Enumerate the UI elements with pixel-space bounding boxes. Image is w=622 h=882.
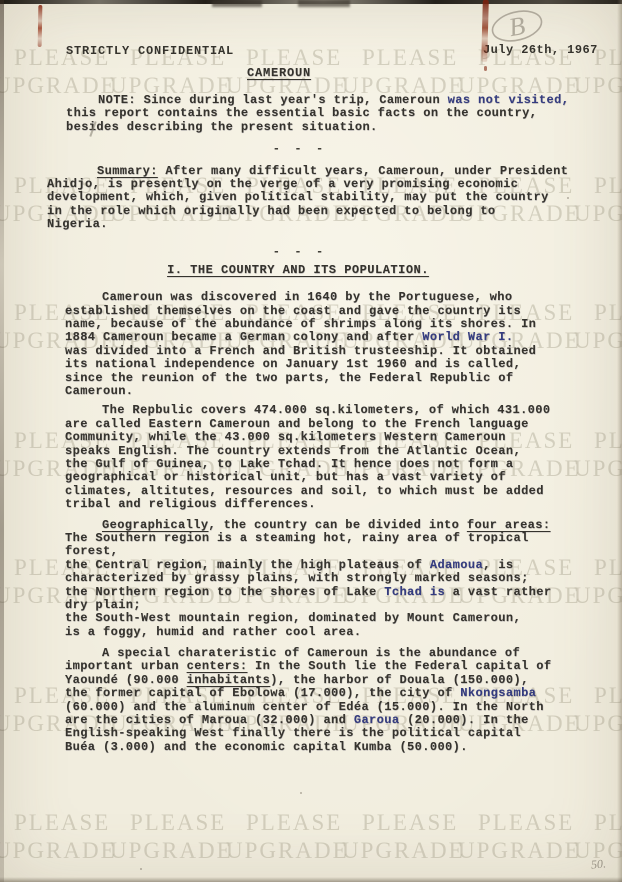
text-line: geographical or historical unit, but has… [65,471,622,484]
text-segment: In the South lie the Federal capital of [247,659,551,673]
document-body: NOTE: Since during last year's trip, Cam… [0,94,622,754]
text-segment: NOTE: Since during last year's trip, Cam… [98,93,448,107]
text-segment: Cameroun was discovered in 1640 by the P… [102,290,512,304]
text-line: are the cities of Maroua (32.000) and Ga… [65,714,622,727]
text-segment: Tchad is [384,585,445,599]
text-segment: dry plain; [65,598,141,612]
text-line: important urban centers: In the South li… [65,660,622,673]
text-line: English-speaking West finally there is t… [65,727,622,740]
text-segment: A special charateristic of Cameroun is t… [102,646,520,660]
text-segment: Community, while the 43.000 sq.kilometer… [65,430,506,444]
text-line: this report contains the essential basic… [66,107,622,120]
text-segment: Buéa (3.000) and the economic capital Ku… [65,740,468,754]
text-segment: was not visited, [448,93,570,107]
paragraph-body: Cameroun was discovered in 1640 by the P… [65,291,622,398]
text-line: since the reunion of the two parts, the … [65,372,622,385]
text-segment: was divided into a French and British tr… [65,344,536,358]
text-line: the Northern region to the shores of Lak… [65,586,622,599]
text-segment: the Gulf of Guinea, to Lake Tchad. It he… [65,457,513,471]
text-segment: (60.000) and the aluminum center of Edéa… [65,700,544,714]
text-line: is a foggy, humid and rather cool area. [65,626,622,639]
text-line: name, because of the abundance of shrimp… [65,318,622,331]
scanned-document-page: PLEASEUPGRADEPLEASEUPGRADEPLEASEUPGRADEP… [0,0,622,882]
text-line: was divided into a French and British tr… [65,345,622,358]
date-label: July 26th, 1967 [483,43,598,57]
text-segment: are the cities of Maroua (32.000) and [65,713,354,727]
text-segment: centers: [187,659,248,673]
text-segment: speaks English. The country extends from… [65,444,521,458]
text-segment: Summary: [97,164,158,178]
paragraph-body: A special charateristic of Cameroun is t… [65,647,622,754]
text-line: development, which, given political stab… [47,191,622,204]
text-segment: the South-West mountain region, dominate… [65,611,521,625]
text-segment: in the role which originally had been ex… [47,204,495,218]
text-line: besides describing the present situation… [66,121,622,134]
text-segment: World War I. [422,330,513,344]
text-line: Nigeria. [47,218,622,231]
paragraph-body: Geographically, the country can be divid… [65,519,622,640]
text-segment: (20.000). In the [399,713,528,727]
text-line: Buéa (3.000) and the economic capital Ku… [65,741,622,754]
paragraph-body: The Repbulic covers 474.000 sq.kilometer… [65,404,622,511]
text-segment: this report contains the essential basic… [66,106,537,120]
text-segment: Adamoua [430,558,483,572]
text-line: tribal and religious differences. [65,498,622,511]
text-segment: 1884 Cameroun became a German colony and… [65,330,422,344]
classification-label: STRICTLY CONFIDENTIAL [66,44,234,58]
text-line: Cameroun was discovered in 1640 by the P… [65,291,622,304]
text-segment: a vast rather [445,585,551,599]
text-segment: climates, altitutes, resources and soil,… [65,484,544,498]
separator-dashes: - - - [0,143,596,156]
text-segment: is a foggy, humid and rather cool area. [65,625,361,639]
text-segment: Nigeria. [47,217,108,231]
text-line: NOTE: Since during last year's trip, Cam… [66,94,622,107]
text-line: characterized by grassy plains, with str… [65,572,622,585]
paragraph-summary: Summary: After many difficult years, Cam… [47,165,622,232]
text-line: Geographically, the country can be divid… [65,519,622,532]
text-line: speaks English. The country extends from… [65,445,622,458]
text-segment: the Central region, mainly the high plat… [65,558,430,572]
text-segment: Yaoundé (90.000 [65,673,187,687]
text-line: Yaoundé (90.000 inhabitants), the harbor… [65,674,622,687]
text-line: dry plain; [65,599,622,612]
text-segment: ), the harbor of Douala (150.000), [270,673,528,687]
text-line: Cameroun. [65,385,622,398]
text-segment: Nkongsamba [460,686,536,700]
text-line: established themselves on the coast and … [65,305,622,318]
text-segment: since the reunion of the two parts, the … [65,371,513,385]
text-segment: tribal and religious differences. [65,497,316,511]
section-heading: I. THE COUNTRY AND ITS POPULATION. [0,264,596,277]
text-line: Summary: After many difficult years, Cam… [47,165,622,178]
separator-dashes: - - - [0,246,596,259]
text-segment: English-speaking West finally there is t… [65,726,521,740]
text-line: the South-West mountain region, dominate… [65,612,622,625]
text-line: its national independence on January 1st… [65,358,622,371]
text-line: The Repbulic covers 474.000 sq.kilometer… [65,404,622,417]
document-title-text: CAMEROUN [247,66,311,80]
text-segment: besides describing the present situation… [66,120,378,134]
text-segment: established themselves on the coast and … [65,304,521,318]
text-segment: name, because of the abundance of shrimp… [65,317,536,331]
text-line: forest, [65,545,622,558]
text-segment: its national independence on January 1st… [65,357,521,371]
text-segment: , the country can be divided into [208,518,466,532]
text-segment: , is [483,558,513,572]
text-line: A special charateristic of Cameroun is t… [65,647,622,660]
document-content: STRICTLY CONFIDENTIAL July 26th, 1967 CA… [0,0,622,882]
text-segment: are called Eastern Cameroun and belong t… [65,417,529,431]
text-segment: The Southern region is a steaming hot, r… [65,531,529,545]
text-segment: The Repbulic covers 474.000 sq.kilometer… [102,403,550,417]
document-title: CAMEROUN [247,66,311,80]
text-line: the Gulf of Guinea, to Lake Tchad. It he… [65,458,622,471]
text-line: are called Eastern Cameroun and belong t… [65,418,622,431]
paragraph-note: NOTE: Since during last year's trip, Cam… [66,94,622,134]
text-segment: four areas: [467,518,551,532]
text-segment: inhabitants [187,673,271,687]
text-segment: development, which, given political stab… [47,190,549,204]
text-segment: Garoua [354,713,400,727]
text-line: Ahidjo, is presently on the verge of a v… [47,178,622,191]
text-line: 1884 Cameroun became a German colony and… [65,331,622,344]
section-heading-text: I. THE COUNTRY AND ITS POPULATION. [167,263,429,277]
text-line: in the role which originally had been ex… [47,205,622,218]
text-segment: the Northern region to the shores of Lak… [65,585,384,599]
text-line: the former capital of Ebolowa (17.000), … [65,687,622,700]
text-segment: the former capital of Ebolowa (17.000), … [65,686,460,700]
text-segment: geographical or historical unit, but has… [65,470,506,484]
text-line: Community, while the 43.000 sq.kilometer… [65,431,622,444]
text-line: the Central region, mainly the high plat… [65,559,622,572]
text-segment: Geographically [102,518,208,532]
text-segment: important urban [65,659,187,673]
text-segment: Cameroun. [65,384,133,398]
text-segment: After many difficult years, Cameroun, un… [158,164,568,178]
text-line: (60.000) and the aluminum center of Edéa… [65,701,622,714]
text-line: climates, altitutes, resources and soil,… [65,485,622,498]
text-segment: forest, [65,544,118,558]
text-segment: characterized by grassy plains, with str… [65,571,529,585]
text-line: The Southern region is a steaming hot, r… [65,532,622,545]
text-segment: Ahidjo, is presently on the verge of a v… [47,177,518,191]
